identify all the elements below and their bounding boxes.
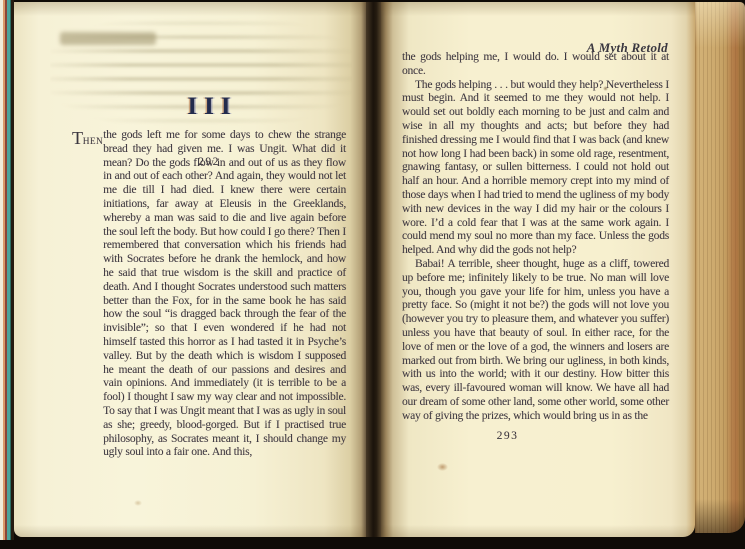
right-page: A Myth Retold the gods helping me, I wou… [381,2,695,537]
spine-page-edges [0,0,14,540]
foxing-spot [437,463,448,471]
fore-edge-page-block [695,2,745,533]
bleed-through-smudge [60,32,156,45]
book-scan: III THEN the gods left me for some days … [0,0,745,549]
foxing-spot [134,500,142,506]
paragraph: THEN the gods left me for some days to c… [72,129,346,150]
right-page-body: the gods helping me, I would do. I would… [402,51,669,443]
paragraph: Babai! A terrible, sheer thought, huge a… [402,258,669,424]
left-page-body: THEN the gods left me for some days to c… [72,129,346,170]
lead-capital: T [72,128,83,148]
paragraph: The gods helping . . . but would they he… [402,79,669,258]
paragraph-text: the gods left me for some days to chew t… [103,129,346,460]
gutter-shadow [366,2,382,537]
left-page: III THEN the gods left me for some days … [14,2,368,537]
lead-small-caps: HEN [83,137,103,147]
paragraph: the gods helping me, I would do. I would… [402,51,669,79]
chapter-heading: III [72,93,346,121]
page-number-right: 293 [374,430,641,444]
foxing-spot [603,86,608,91]
